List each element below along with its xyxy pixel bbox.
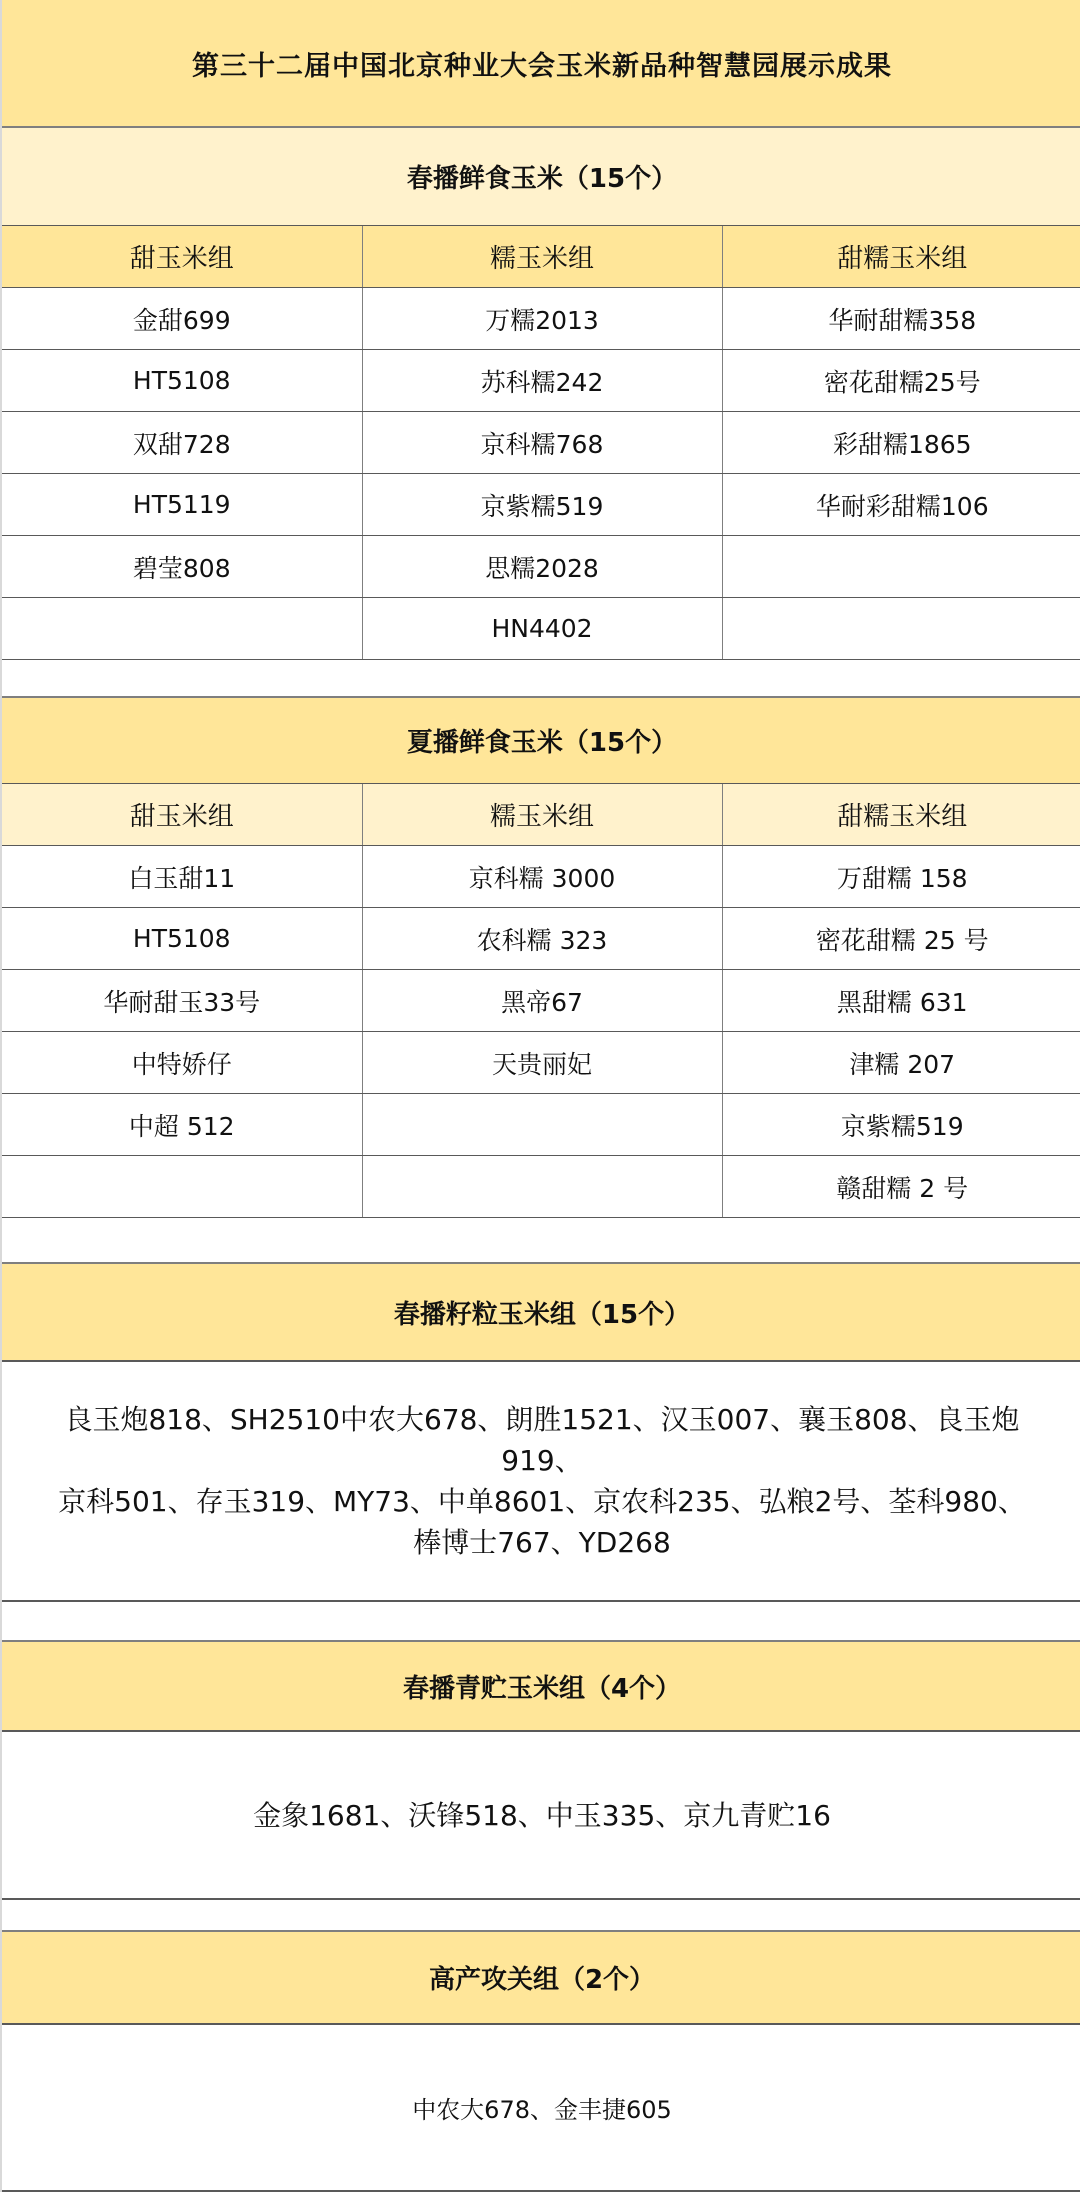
table-cell: 金甜699 (2, 288, 362, 350)
table-cell: 农科糯 323 (362, 908, 722, 970)
table-row: 中超 512 京紫糯519 (2, 1094, 1080, 1156)
table-cell (2, 598, 362, 660)
section-summer-fresh-header: 夏播鲜食玉米（15个） (2, 696, 1080, 783)
table-cell: 津糯 207 (722, 1032, 1080, 1094)
spring-silage-body: 金象1681、沃锋518、中玉335、京九青贮16 (2, 1732, 1080, 1900)
section-heading: 春播青贮玉米组（4个） (403, 1668, 681, 1705)
table-cell: 京科糯768 (362, 412, 722, 474)
table-cell: 华耐甜糯358 (722, 288, 1080, 350)
spring-grain-body: 良玉炮818、SH2510中农大678、朗胜1521、汉玉007、襄玉808、良… (2, 1362, 1080, 1602)
variety-list: 金象1681、沃锋518、中玉335、京九青贮16 (253, 1795, 831, 1836)
summer-fresh-table: 甜玉米组 糯玉米组 甜糯玉米组 白玉甜11 京科糯 3000 万甜糯 158 H… (2, 783, 1080, 1218)
table-cell: 华耐甜玉33号 (2, 970, 362, 1032)
variety-line: 良玉炮818、SH2510中农大678、朗胜1521、汉玉007、襄玉808、良… (64, 1399, 1019, 1440)
column-header: 糯玉米组 (362, 784, 722, 846)
table-row: 白玉甜11 京科糯 3000 万甜糯 158 (2, 846, 1080, 908)
table-row: 赣甜糯 2 号 (2, 1156, 1080, 1218)
table-row: 华耐甜玉33号 黑帝67 黑甜糯 631 (2, 970, 1080, 1032)
spring-fresh-table: 甜玉米组 糯玉米组 甜糯玉米组 金甜699 万糯2013 华耐甜糯358 HT5… (2, 225, 1080, 660)
section-heading: 春播鲜食玉米（15个） (407, 158, 677, 195)
table-cell: 中特娇仔 (2, 1032, 362, 1094)
variety-line: 919、 (501, 1440, 582, 1481)
table-cell: 碧莹808 (2, 536, 362, 598)
table-cell (362, 1156, 722, 1218)
variety-line: 京科501、存玉319、MY73、中单8601、京农科235、弘粮2号、荃科98… (58, 1481, 1026, 1522)
table-cell: 黑帝67 (362, 970, 722, 1032)
section-heading: 高产攻关组（2个） (429, 1959, 655, 1996)
table-cell: 华耐彩甜糯106 (722, 474, 1080, 536)
table-row: 双甜728 京科糯768 彩甜糯1865 (2, 412, 1080, 474)
table-row: HN4402 (2, 598, 1080, 660)
high-yield-body: 中农大678、金丰捷605 (2, 2025, 1080, 2192)
table-cell: 京紫糯519 (362, 474, 722, 536)
variety-line: 棒博士767、YD268 (413, 1522, 671, 1563)
section-high-yield-header: 高产攻关组（2个） (2, 1930, 1080, 2025)
table-cell: HN4402 (362, 598, 722, 660)
results-sheet: 第三十二届中国北京种业大会玉米新品种智慧园展示成果 春播鲜食玉米（15个） 甜玉… (0, 0, 1080, 2192)
table-cell: 京科糯 3000 (362, 846, 722, 908)
table-row: HT5108 农科糯 323 密花甜糯 25 号 (2, 908, 1080, 970)
table-cell: 赣甜糯 2 号 (722, 1156, 1080, 1218)
table-cell: 白玉甜11 (2, 846, 362, 908)
table-cell: 万甜糯 158 (722, 846, 1080, 908)
section-spring-silage-header: 春播青贮玉米组（4个） (2, 1640, 1080, 1732)
table-row: 中特娇仔 天贵丽妃 津糯 207 (2, 1032, 1080, 1094)
table-cell: HT5119 (2, 474, 362, 536)
table-cell: 思糯2028 (362, 536, 722, 598)
table-cell (722, 536, 1080, 598)
table-row: 金甜699 万糯2013 华耐甜糯358 (2, 288, 1080, 350)
table-row: HT5108 苏科糯242 密花甜糯25号 (2, 350, 1080, 412)
table-cell: 苏科糯242 (362, 350, 722, 412)
column-header: 甜玉米组 (2, 226, 362, 288)
column-header-row: 甜玉米组 糯玉米组 甜糯玉米组 (2, 784, 1080, 846)
section-spring-grain-header: 春播籽粒玉米组（15个） (2, 1262, 1080, 1362)
table-cell: 彩甜糯1865 (722, 412, 1080, 474)
section-heading: 春播籽粒玉米组（15个） (394, 1294, 690, 1331)
section-spring-fresh-header: 春播鲜食玉米（15个） (2, 126, 1080, 225)
table-cell: 中超 512 (2, 1094, 362, 1156)
page-title: 第三十二届中国北京种业大会玉米新品种智慧园展示成果 (192, 44, 892, 83)
table-cell: 密花甜糯 25 号 (722, 908, 1080, 970)
section-heading: 夏播鲜食玉米（15个） (407, 722, 677, 759)
table-cell: 万糯2013 (362, 288, 722, 350)
table-cell: HT5108 (2, 908, 362, 970)
title-band: 第三十二届中国北京种业大会玉米新品种智慧园展示成果 (2, 0, 1080, 126)
column-header: 甜糯玉米组 (722, 226, 1080, 288)
column-header: 糯玉米组 (362, 226, 722, 288)
table-cell: 黑甜糯 631 (722, 970, 1080, 1032)
table-cell: 密花甜糯25号 (722, 350, 1080, 412)
table-cell: HT5108 (2, 350, 362, 412)
table-cell: 双甜728 (2, 412, 362, 474)
variety-list: 中农大678、金丰捷605 (412, 2090, 672, 2125)
table-cell: 天贵丽妃 (362, 1032, 722, 1094)
table-cell: 京紫糯519 (722, 1094, 1080, 1156)
column-header: 甜玉米组 (2, 784, 362, 846)
table-row: HT5119 京紫糯519 华耐彩甜糯106 (2, 474, 1080, 536)
table-cell (362, 1094, 722, 1156)
table-cell (722, 598, 1080, 660)
table-row: 碧莹808 思糯2028 (2, 536, 1080, 598)
column-header: 甜糯玉米组 (722, 784, 1080, 846)
table-cell (2, 1156, 362, 1218)
column-header-row: 甜玉米组 糯玉米组 甜糯玉米组 (2, 226, 1080, 288)
